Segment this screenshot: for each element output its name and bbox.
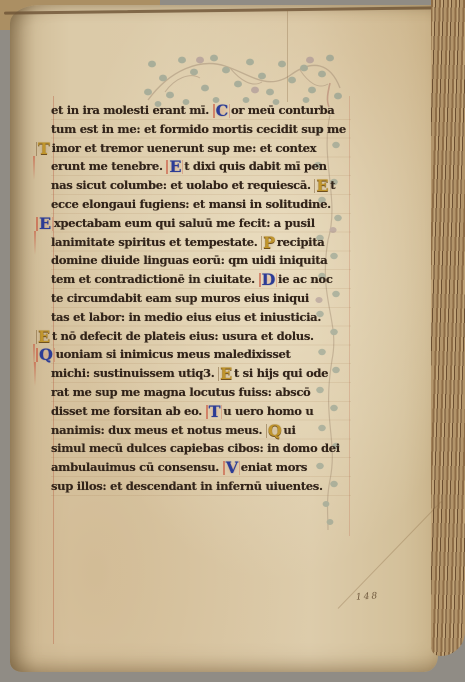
text-segment: xpectabam eum qui saluū me fecit: a pusi… [54,216,315,230]
text-segment: t si hijs qui ode [234,366,328,380]
illuminated-initial-blue: E [36,217,53,231]
text-segment: tum est in me: et formido mortis cecidit… [51,122,346,136]
text-line: disset me forsitan ab eo. Tu uero homo u [51,402,351,421]
page-edge-stripes [431,0,465,656]
text-line: Quoniam si inimicus meus maledixisset [51,345,351,364]
text-segment: ie ac noc [278,272,333,286]
text-segment: ambulauimus cū consensu. [51,460,223,474]
text-line: tum est in me: et formido mortis cecidit… [51,120,351,139]
text-line: Expectabam eum qui saluū me fecit: a pus… [51,214,351,233]
text-block: et in ira molesti erant mī. Cor meū cont… [51,101,351,496]
illuminated-initial-blue: T [206,405,223,419]
text-line: ambulauimus cū consensu. Veniat mors [51,458,351,477]
text-line: ecce elongaui fugiens: et mansi in solit… [51,195,351,214]
text-segment: uoniam si inimicus meus maledixisset [56,347,291,361]
text-segment: sup illos: et descendant in infernū uiue… [51,479,323,493]
text-segment: lanimitate spiritus et tempestate. [51,235,261,249]
illuminated-initial-gold: Q [266,424,283,438]
illuminated-initial-gold: T [36,142,51,156]
text-segment: tem et contradictionē in ciuitate. [51,272,259,286]
text-segment: simul mecū dulces capiebas cibos: in dom… [51,441,340,455]
text-line: tem et contradictionē in ciuitate. Die a… [51,270,351,289]
text-segment: nas sicut columbe: et uolabo et requiesc… [51,178,314,192]
text-line: et in ira molesti erant mī. Cor meū cont… [51,101,351,120]
illuminated-initial-blue: E [166,160,183,174]
text-segment: disset me forsitan ab eo. [51,404,206,418]
text-segment: or meū conturba [231,103,334,117]
illuminated-initial-gold: P [261,236,276,250]
illuminated-initial-blue: C [213,104,230,118]
text-line: domine diuide linguas eorū: qm uidi iniq… [51,251,351,270]
text-segment: michi: sustinuissem utiq3. [51,366,218,380]
illuminated-initial-blue: D [259,273,278,287]
text-segment: t [330,178,335,192]
text-segment: recipita [277,235,325,249]
text-line: tas et labor: in medio eius eius et iniu… [51,308,351,327]
text-line: sup illos: et descendant in infernū uiue… [51,477,351,496]
text-line: lanimitate spiritus et tempestate. Preci… [51,233,351,252]
text-line: nanimis: dux meus et notus meus. Qui [51,421,351,440]
text-line: te circumdabit eam sup muros eius iniqui [51,289,351,308]
text-segment: imor et tremor uenerunt sup me: et conte… [52,141,317,155]
text-segment: erunt me tenebre. [51,159,166,173]
text-segment: ui [283,423,295,437]
text-segment: ecce elongaui fugiens: et mansi in solit… [51,197,331,211]
text-segment: te circumdabit eam sup muros eius iniqui [51,291,309,305]
text-segment: u uero homo u [223,404,313,418]
text-segment: eniat mors [241,460,307,474]
text-line: nas sicut columbe: et uolabo et requiesc… [51,176,351,195]
text-segment: domine diuide linguas eorū: qm uidi iniq… [51,253,327,267]
fore-edge-page-stack [431,0,465,656]
text-line: michi: sustinuissem utiq3. Et si hijs qu… [51,364,351,383]
text-segment: t nō defecit de plateis eius: usura et d… [52,329,314,343]
text-segment: et in ira molesti erant mī. [51,103,213,117]
text-line: Et nō defecit de plateis eius: usura et … [51,327,351,346]
illuminated-initial-gold: E [218,367,233,381]
text-line: simul mecū dulces capiebas cibos: in dom… [51,439,351,458]
text-segment: t dixi quis dabit mī pen [184,159,327,173]
photo-backdrop: et in ira molesti erant mī. Cor meū cont… [0,0,465,682]
illuminated-initial-gold: E [36,330,51,344]
text-line: Timor et tremor uenerunt sup me: et cont… [51,139,351,158]
illuminated-initial-blue: Q [36,348,55,362]
illuminated-initial-blue: V [223,461,240,475]
text-segment: nanimis: dux meus et notus meus. [51,423,266,437]
text-line: erunt me tenebre. Et dixi quis dabit mī … [51,157,351,176]
text-line: rat me sup me magna locutus fuiss: abscō [51,383,351,402]
folio-number: 148 [356,591,380,603]
crease-line-top [287,10,288,102]
illuminated-initial-gold: E [314,179,329,193]
text-segment: rat me sup me magna locutus fuiss: abscō [51,385,310,399]
text-segment: tas et labor: in medio eius eius et iniu… [51,310,321,324]
